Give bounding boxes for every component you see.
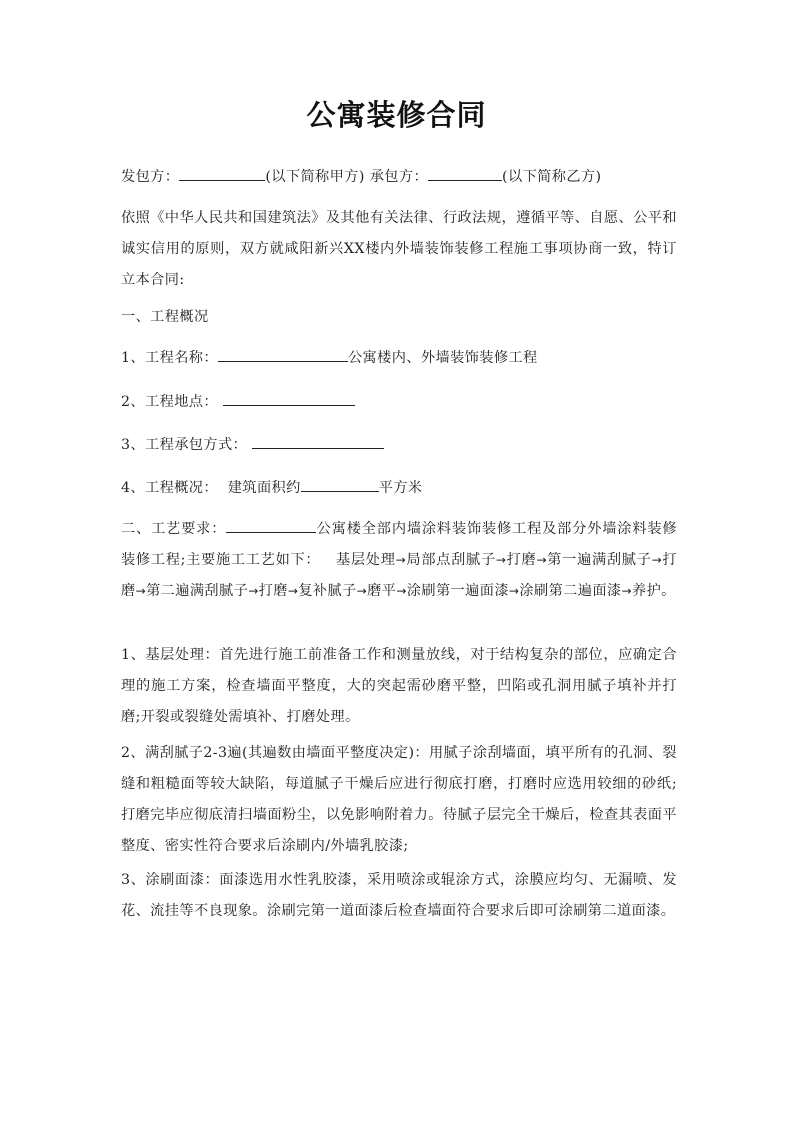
- employer-suffix: (以下简称甲方): [265, 169, 364, 185]
- contract-method-blank[interactable]: [252, 434, 384, 449]
- item-label: 2、工程地点：: [121, 394, 218, 410]
- clause-topcoat: 3、涂刷面漆：面漆选用水性乳胶漆，采用喷涂或辊涂方式，涂膜应均匀、无漏喷、发花、…: [121, 865, 677, 927]
- employer-label: 发包方：: [121, 169, 179, 185]
- process-requirement-blank[interactable]: [226, 518, 316, 533]
- item-contract-method: 3、工程承包方式：: [121, 430, 677, 461]
- item-project-overview: 4、工程概况： 建筑面积约平方米: [121, 473, 677, 504]
- project-location-blank[interactable]: [223, 391, 355, 406]
- section2-heading: 二、工艺要求：: [121, 521, 226, 537]
- item-label: 4、工程概况：: [121, 480, 218, 496]
- contractor-suffix: (以下简称乙方): [502, 169, 601, 185]
- parties-line: 发包方：(以下简称甲方) 承包方：(以下简称乙方): [121, 162, 677, 193]
- item-prefix: 建筑面积约: [228, 480, 301, 496]
- document-title: 公寓装修合同: [0, 93, 793, 137]
- item-suffix: 公寓楼内、外墙装饰装修工程: [348, 350, 538, 366]
- section2-paragraph: 二、工艺要求：公寓楼全部内墙涂料装饰装修工程及部分外墙涂料装修装修工程;主要施工…: [121, 514, 677, 607]
- clause-base-treatment: 1、基层处理：首先进行施工前准备工作和测量放线，对于结构复杂的部位，应确定合理的…: [121, 640, 677, 733]
- document-page: 公寓装修合同 发包方：(以下简称甲方) 承包方：(以下简称乙方) 依照《中华人民…: [0, 0, 793, 1122]
- item-label: 3、工程承包方式：: [121, 437, 247, 453]
- item-project-name: 1、工程名称：公寓楼内、外墙装饰装修工程: [121, 343, 677, 374]
- preamble-paragraph: 依照《中华人民共和国建筑法》及其他有关法律、行政法规，遵循平等、自愿、公平和诚实…: [121, 203, 677, 296]
- project-name-blank[interactable]: [218, 347, 348, 362]
- contractor-label: 承包方：: [370, 169, 428, 185]
- item-suffix: 平方米: [379, 480, 423, 496]
- section1-heading: 一、工程概况: [121, 302, 677, 333]
- area-blank[interactable]: [301, 477, 379, 492]
- clause-putty: 2、满刮腻子2-3遍(其遍数由墙面平整度决定)：用腻子涂刮墙面，填平所有的孔洞、…: [121, 738, 677, 862]
- employer-blank[interactable]: [179, 166, 265, 181]
- contractor-blank[interactable]: [428, 166, 502, 181]
- item-label: 1、工程名称：: [121, 350, 218, 366]
- item-project-location: 2、工程地点：: [121, 387, 677, 418]
